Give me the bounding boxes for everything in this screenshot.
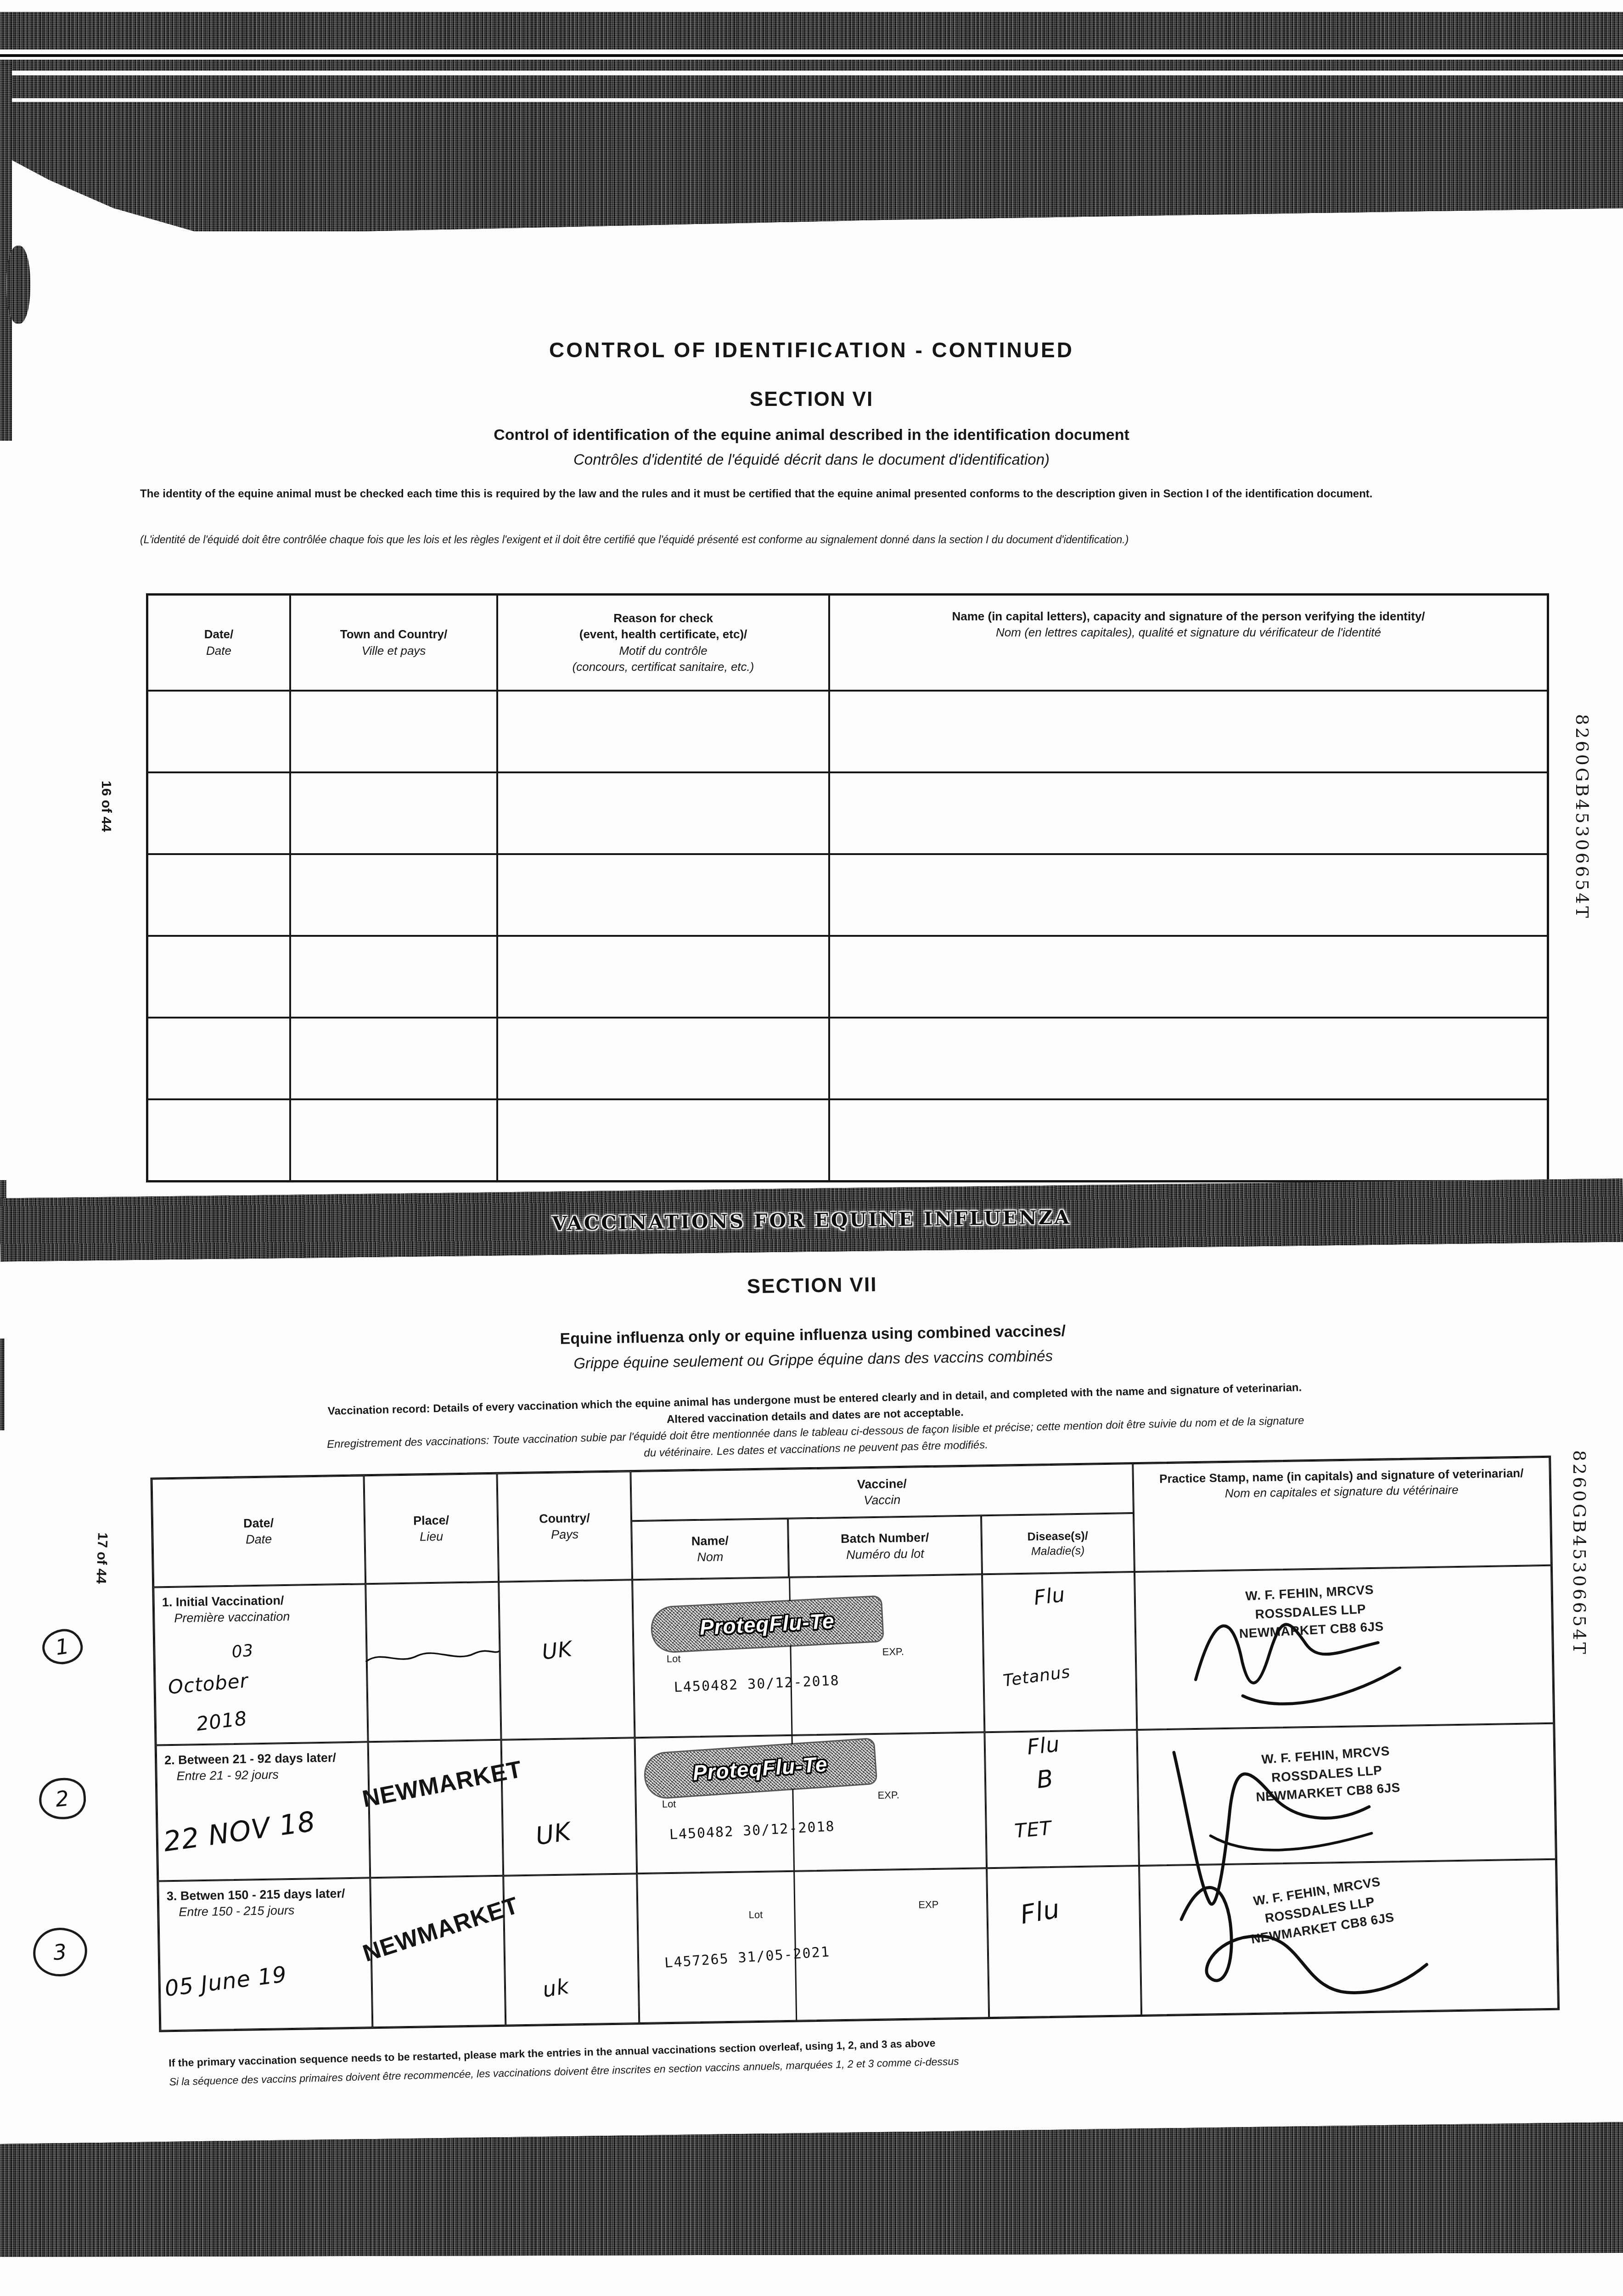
row1-country-handwriting: UK (540, 1635, 574, 1666)
row3-country-cell: uk (503, 1874, 639, 2026)
restart-sequence-footer: If the primary vaccination sequence need… (168, 2019, 1510, 2092)
table-cell-empty (829, 936, 1548, 1018)
row2-country-handwriting: UK (534, 1815, 573, 1852)
scan-noise-band-top-4 (0, 102, 1623, 231)
vaccination-table: Date/ Date Place/ Lieu Country/ Pays Vac… (150, 1456, 1560, 2032)
row1-vaccine-cell: ProteqFlu-Te Lot EXP. L450482 30/12-2018 (632, 1574, 984, 1738)
illegible-place-scribble (363, 1645, 501, 1670)
col-header-vaccine-name: Name/ Nom (631, 1519, 789, 1580)
col-header-town-country: Town and Country/ Ville et pays (290, 595, 497, 691)
row3-place-cell: NEWMARKET (370, 1876, 505, 2028)
table-cell-empty (497, 854, 829, 936)
row3-date-handwriting: 05 June 19 (163, 1951, 367, 2003)
page-number-bottom: 17 of 44 (93, 1532, 110, 1584)
col-header-reason: Reason for check (event, health certific… (497, 595, 829, 691)
table-cell-empty (497, 772, 829, 854)
row2-disease-cell: Flu B TET (984, 1730, 1139, 1868)
row1-date-handwriting: 03 (231, 1631, 362, 1664)
document-code-2: 8260GB45306654T (1569, 1450, 1589, 1656)
row2-place-stamp: NEWMARKET (360, 1754, 525, 1815)
row1-disease-cell: Flu Tetanus (982, 1572, 1137, 1732)
col-header-stamp: Practice Stamp, name (in capitals) and s… (1133, 1457, 1551, 1572)
veterinarian-signature (1177, 1587, 1418, 1718)
row2-date-cell: 2. Between 21 - 92 days later/ Entre 21 … (156, 1742, 371, 1881)
row1-disease-handwriting: Tetanus (1002, 1662, 1072, 1693)
section6-label: SECTION VI (0, 388, 1623, 411)
row1-date-handwriting: 2018 (195, 1692, 363, 1737)
table-cell-empty (147, 936, 290, 1018)
section7-block: SECTION VII Equine influenza only or equ… (0, 1241, 1623, 2230)
scan-noise-band-top-2 (0, 60, 1623, 71)
table-cell-empty (290, 1099, 497, 1181)
row3-disease-cell: Flu (987, 1866, 1141, 2018)
row1-date-cell: 1. Initial Vaccination/ Première vaccina… (153, 1584, 368, 1745)
exp-label: EXP. (882, 1645, 904, 1659)
scan-noise-line (0, 54, 1623, 57)
row1-place-cell (365, 1582, 501, 1742)
table-cell-empty (147, 1099, 290, 1181)
table-cell-empty (290, 691, 497, 772)
scan-noise-left-blob (6, 246, 30, 324)
lot-label: Lot (662, 1798, 676, 1811)
page-number-top: 16 of 44 (98, 781, 114, 832)
row2-disease-handwriting: Flu (1026, 1731, 1061, 1761)
table-cell-empty (829, 854, 1548, 936)
col-header-verifier-name: Name (in capital letters), capacity and … (829, 595, 1548, 691)
row3-batch-number: L457265 31/05-2021 (664, 1943, 831, 1972)
row2-disease-handwriting: B (1035, 1763, 1056, 1796)
col-header-country: Country/ Pays (497, 1471, 632, 1582)
row2-batch-number: L450482 30/12-2018 (669, 1818, 836, 1844)
table-cell-empty (290, 854, 497, 936)
col-header-vaccine: Vaccine/ Vaccin (630, 1463, 1134, 1521)
table-cell-empty (147, 854, 290, 936)
row3-place-stamp: NEWMARKET (359, 1890, 522, 1970)
row2-vaccine-cell: ProteqFlu-Te Lot EXP. L450482 30/12-2018 (635, 1732, 987, 1874)
row2-place-cell: NEWMARKET (368, 1740, 504, 1878)
identification-control-table: Date/ Date Town and Country/ Ville et pa… (146, 593, 1549, 1182)
exp-label: EXP (918, 1898, 938, 1912)
row1-country-cell: UK (499, 1580, 635, 1740)
lot-label: Lot (667, 1653, 681, 1666)
scan-noise-band-top-1 (0, 12, 1623, 50)
row1-stamp-cell: W. F. FEHIN, MRCVS ROSSDALES LLP NEWMARK… (1134, 1565, 1554, 1730)
section7-label: SECTION VII (0, 1261, 1623, 1310)
page-title: CONTROL OF IDENTIFICATION - CONTINUED (0, 338, 1623, 362)
section6-subtitle-en: Control of identification of the equine … (0, 426, 1623, 444)
table-cell-empty (290, 1018, 497, 1099)
row2-stamp-cell: W. F. FEHIN, MRCVS ROSSDALES LLP NEWMARK… (1137, 1723, 1556, 1866)
row3-country-handwriting: uk (541, 1973, 571, 2004)
vaccinations-banner-title: VACCINATIONS FOR EQUINE INFLUENZA (552, 1206, 1072, 1235)
table-cell-empty (290, 772, 497, 854)
table-cell-empty (497, 1018, 829, 1099)
col-header-date: Date/ Date (152, 1475, 366, 1587)
col-header-disease: Disease(s)/ Maladie(s) (981, 1513, 1134, 1574)
scan-noise-band-top-3 (0, 75, 1623, 98)
section6-intro-fr: (L'identité de l'équidé doit être contrô… (140, 532, 1552, 548)
scanned-passport-page: CONTROL OF IDENTIFICATION - CONTINUED SE… (0, 0, 1623, 2296)
table-cell-empty (829, 691, 1548, 772)
col-header-batch: Batch Number/ Numéro du lot (788, 1515, 982, 1577)
document-code-1: 8260GB45306654T (1572, 714, 1592, 920)
row3-disease-handwriting: Flu (1018, 1892, 1062, 1932)
row3-vaccine-cell: Lot EXP L457265 31/05-2021 (637, 1868, 989, 2023)
proteqflu-sticker: ProteqFlu-Te (651, 1597, 883, 1652)
row2-disease-handwriting: TET (1014, 1816, 1053, 1844)
table-cell-empty (497, 936, 829, 1018)
table-cell-empty (829, 772, 1548, 854)
row1-batch-number: L450482 30/12-2018 (674, 1671, 840, 1696)
table-cell-empty (829, 1099, 1548, 1181)
row1-disease-handwriting: Flu (1033, 1581, 1067, 1611)
table-cell-empty (290, 936, 497, 1018)
table-cell-empty (147, 1018, 290, 1099)
exp-label: EXP. (877, 1789, 899, 1802)
table-cell-empty (147, 691, 290, 772)
table-cell-empty (829, 1018, 1548, 1099)
row2-country-cell: UK (501, 1738, 637, 1876)
row3-date-cell: 3. Betwen 150 - 215 days later/ Entre 15… (158, 1878, 372, 2031)
row2-date-handwriting: 22 NOV 18 (161, 1797, 365, 1860)
table-cell-empty (497, 1099, 829, 1181)
lot-label: Lot (748, 1908, 763, 1922)
table-cell-empty (497, 691, 829, 772)
veterinarian-signature (1154, 1862, 1441, 2014)
table-cell-empty (147, 772, 290, 854)
section6-intro-en: The identity of the equine animal must b… (140, 486, 1552, 502)
section6-subtitle-fr: Contrôles d'identité de l'équidé décrit … (0, 451, 1623, 468)
col-header-place: Place/ Lieu (364, 1474, 499, 1584)
row3-stamp-cell: W. F. FEHIN, MRCVS ROSSDALES LLP NEWMARK… (1139, 1859, 1558, 2015)
row1-date-handwriting: October (167, 1659, 362, 1700)
proteqflu-sticker: ProteqFlu-Te (644, 1739, 876, 1799)
col-header-date: Date/ Date (147, 595, 290, 691)
